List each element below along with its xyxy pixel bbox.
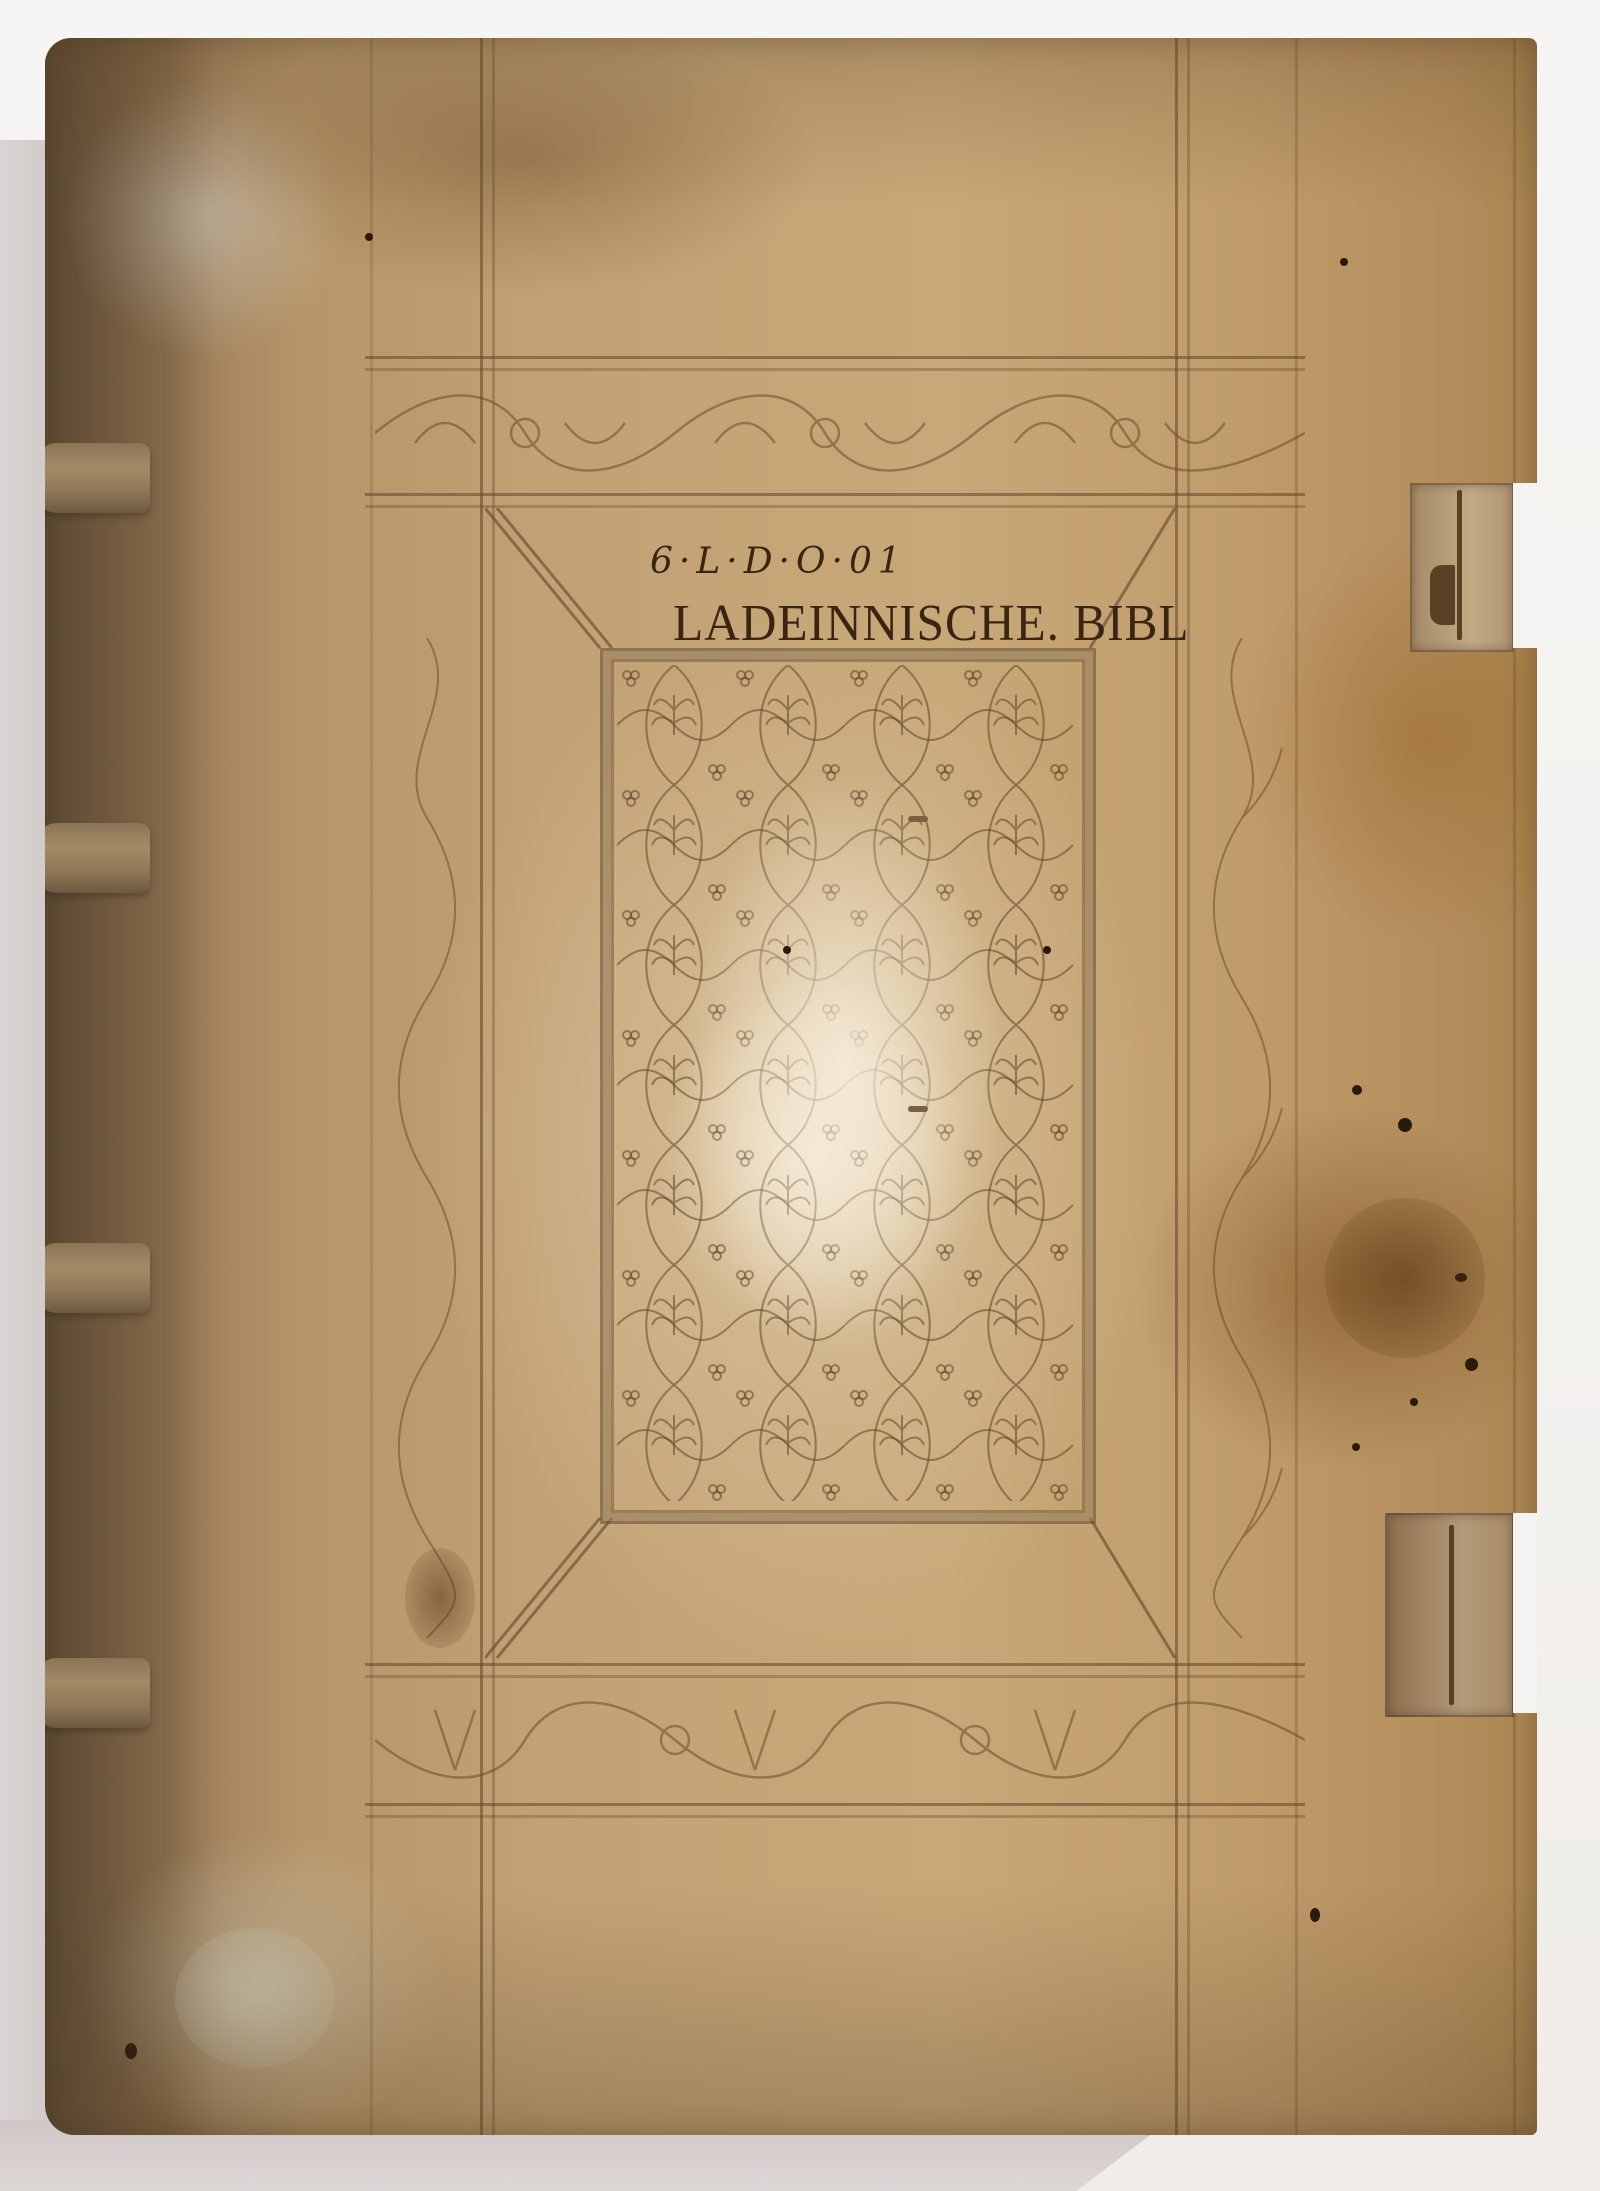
fillet-line	[365, 493, 1305, 496]
fillet-line	[365, 1675, 1305, 1678]
fillet-line	[1295, 38, 1298, 2135]
central-embossed-panel	[600, 648, 1096, 1524]
worm-hole	[1352, 1085, 1362, 1095]
clasp-slot	[1457, 490, 1462, 640]
worm-hole	[365, 233, 373, 241]
nail-mark	[908, 1106, 928, 1112]
worm-hole	[125, 2043, 137, 2059]
worm-hole	[1398, 1118, 1412, 1132]
fillet-line	[480, 38, 483, 2135]
clasp-lower	[1385, 1513, 1514, 1717]
worm-hole	[1043, 946, 1051, 954]
worm-hole	[783, 946, 791, 954]
roll-border-bottom	[375, 1680, 1305, 1800]
spine-band	[45, 1243, 150, 1313]
clasp-notch	[1513, 483, 1537, 648]
fillet-line	[365, 356, 1305, 359]
stain	[175, 1928, 335, 2068]
worm-hole	[1352, 1443, 1360, 1451]
stain	[405, 1548, 475, 1648]
clasp-slot	[1449, 1525, 1454, 1705]
floral-lozenge-pattern	[617, 665, 1073, 1501]
worm-hole	[1310, 1908, 1320, 1922]
fillet-line	[365, 368, 1305, 371]
stain	[1325, 1198, 1485, 1358]
fillet-line	[365, 1803, 1305, 1806]
spine-band	[45, 823, 150, 893]
fillet-line	[1187, 38, 1190, 2135]
inscription-shelfmark: 6·L·D·O·01	[650, 541, 907, 582]
roll-border-right	[1195, 638, 1290, 1638]
roll-border-top	[375, 373, 1305, 491]
worm-hole	[1410, 1398, 1418, 1406]
spine-band	[45, 443, 150, 513]
inscription-title: LADEINNISCHE. BIBL	[673, 594, 1190, 653]
nail-mark	[908, 816, 928, 822]
fillet-line	[370, 38, 373, 2135]
fillet-line	[365, 1815, 1305, 1818]
spine-band	[45, 1658, 150, 1728]
clasp-slot	[1430, 565, 1455, 625]
worm-hole	[1465, 1358, 1478, 1371]
fillet-line	[1513, 38, 1516, 2135]
roll-border-left	[380, 638, 475, 1638]
clasp-notch	[1513, 1513, 1537, 1713]
book-cover: 6·L·D·O·01 LADEINNISCHE. BIBL	[45, 38, 1537, 2135]
spine	[45, 38, 235, 2135]
worm-hole	[1340, 258, 1348, 266]
clasp-upper	[1410, 483, 1514, 652]
